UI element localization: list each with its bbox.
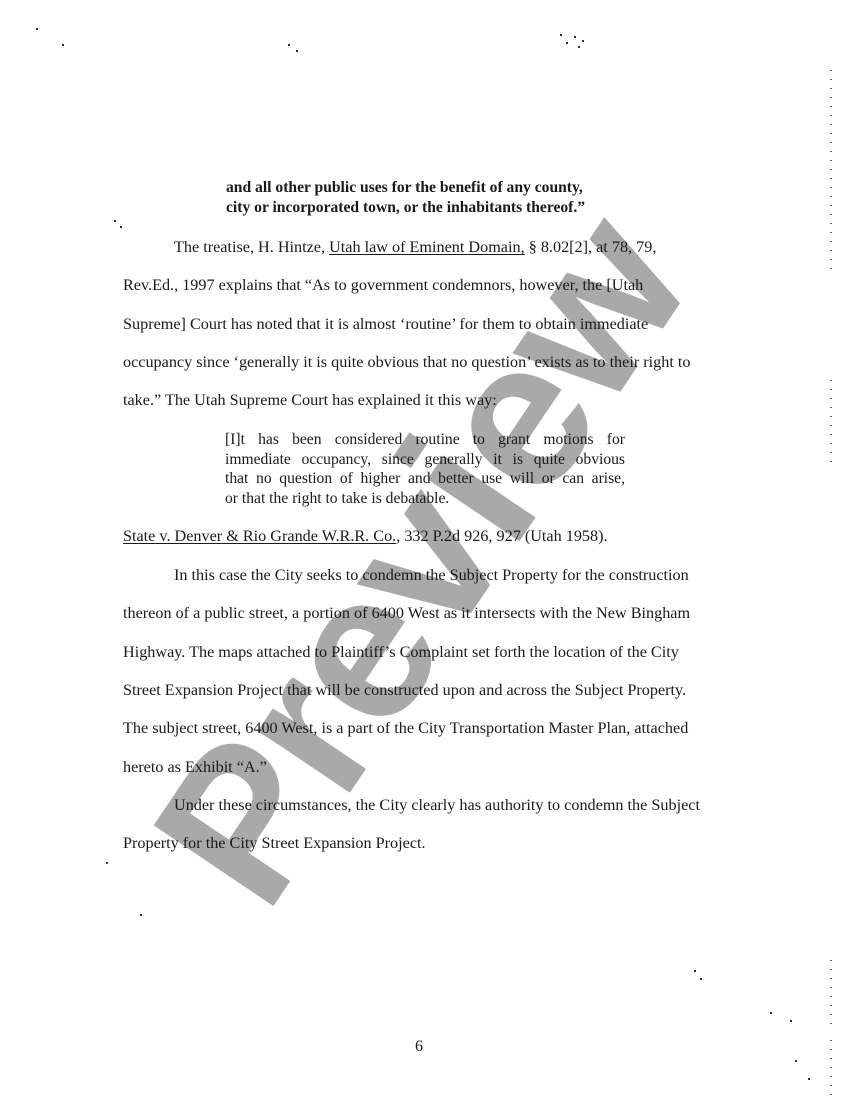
block-quote-inner-line-3: that no question of higher and better us… (225, 469, 625, 489)
document-page: Preview and all other public uses for th… (0, 0, 850, 1104)
paragraph-3-line-2: Property for the City Street Expansion P… (123, 835, 426, 851)
paragraph-2-line-3: Highway. The maps attached to Plaintiff’… (123, 644, 679, 660)
scan-speck (120, 226, 122, 228)
scan-speck (694, 970, 696, 972)
paragraph-2-line-6: hereto as Exhibit “A.” (123, 759, 267, 775)
case-name: State v. Denver & Rio Grande W.R.R. Co. (123, 527, 396, 545)
case-citation: State v. Denver & Rio Grande W.R.R. Co.,… (123, 528, 608, 544)
paragraph-1-line-4: occupancy since ‘generally it is quite o… (123, 354, 691, 370)
scan-speck (795, 1060, 797, 1062)
scan-speck (62, 44, 64, 46)
paragraph-1-line-1: The treatise, H. Hintze, Utah law of Emi… (174, 239, 656, 255)
scan-speck (566, 42, 568, 44)
page-content: and all other public uses for the benefi… (0, 0, 850, 1104)
block-quote-top-line-1: and all other public uses for the benefi… (226, 180, 583, 196)
block-quote-inner: [I]t has been considered routine to gran… (225, 430, 625, 508)
scan-speck (560, 34, 562, 36)
scan-edge-artifact (830, 70, 832, 270)
scan-speck (288, 44, 290, 46)
scan-speck (578, 46, 580, 48)
scan-speck (106, 862, 108, 864)
scan-speck (140, 914, 142, 916)
scan-speck (582, 40, 584, 42)
scan-speck (36, 28, 38, 30)
scan-speck (296, 50, 298, 52)
block-quote-top-line-2: city or incorporated town, or the inhabi… (226, 200, 585, 216)
scan-speck (700, 978, 702, 980)
scan-edge-artifact (830, 380, 832, 470)
scan-edge-artifact (830, 960, 832, 1030)
paragraph-3-line-1: Under these circumstances, the City clea… (174, 797, 700, 813)
page-number: 6 (415, 1038, 423, 1056)
scan-speck (808, 1078, 810, 1080)
paragraph-1-line-2: Rev.Ed., 1997 explains that “As to gover… (123, 277, 643, 293)
block-quote-inner-line-2: immediate occupancy, since generally it … (225, 450, 625, 470)
paragraph-2-line-4: Street Expansion Project that will be co… (123, 682, 686, 698)
block-quote-inner-line-4: or that the right to take is debatable. (225, 489, 625, 509)
scan-speck (574, 36, 576, 38)
paragraph-2-line-2: thereon of a public street, a portion of… (123, 605, 690, 621)
scan-speck (790, 1020, 792, 1022)
case-reporter: , 332 P.2d 926, 927 (Utah 1958). (396, 527, 607, 545)
paragraph-1-line-5: take.” The Utah Supreme Court has explai… (123, 392, 497, 408)
treatise-title: Utah law of Eminent Domain, (329, 238, 525, 256)
treatise-section: § 8.02[2], at 78, 79, (525, 238, 657, 256)
paragraph-1-line-3: Supreme] Court has noted that it is almo… (123, 316, 648, 332)
paragraph-2-line-5: The subject street, 6400 West, is a part… (123, 720, 688, 736)
paragraph-2-line-1: In this case the City seeks to condemn t… (174, 567, 689, 583)
scan-speck (770, 1012, 772, 1014)
treatise-intro: The treatise, H. Hintze, (174, 238, 329, 256)
scan-speck (114, 220, 116, 222)
block-quote-inner-line-1: [I]t has been considered routine to gran… (225, 430, 625, 450)
scan-edge-artifact (830, 1040, 832, 1100)
